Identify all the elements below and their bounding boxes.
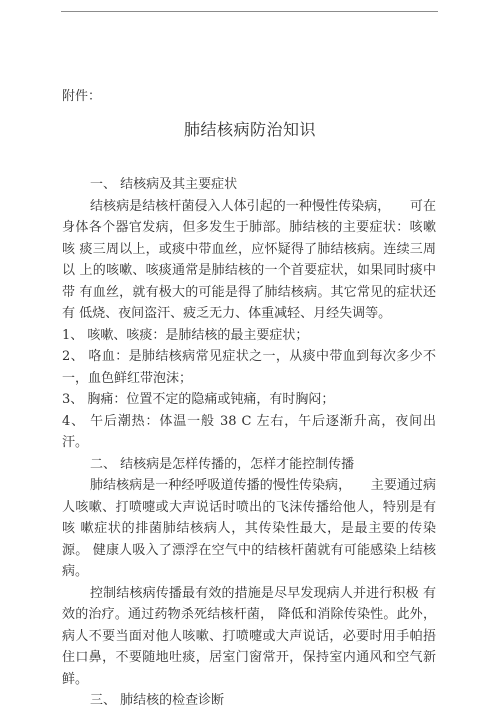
section-2-paragraph-2: 控制结核病传播最有效的措施是尽早发现病人并进行积极 有效的治疗。通过药物杀死结核… [62,583,436,691]
section-1-paragraph-1: 结核病是结核杆菌侵入人体引起的一种慢性传染病， 可在身体各个器官发病，但多发生于… [62,196,436,325]
symptom-item-1: 1、 咳嗽、咳痰：是肺结核的最主要症状； [62,325,436,347]
attachment-label: 附件： [62,89,101,105]
section-2-paragraph-1: 肺结核病是一种经呼吸道传播的慢性传染病， 主要通过病人咳嗽、打喷嚏或大声说话时喷… [62,475,436,583]
document-body: 一、 结核病及其主要症状 结核病是结核杆菌侵入人体引起的一种慢性传染病， 可在身… [62,174,436,708]
section-heading-2: 二、 结核病是怎样传播的，怎样才能控制传播 [62,454,436,476]
section-heading-3: 三、 肺结核的检查诊断 [62,690,436,708]
symptom-item-4: 4、 午后潮热：体温一般 38 C 左右，午后逐渐升高，夜间出汗。 [62,411,436,454]
symptom-item-3: 3、 胸痛：位置不定的隐痛或钝痛，有时胸闷； [62,389,436,411]
symptom-item-2: 2、 咯血：是肺结核病常见症状之一，从痰中带血到每次多少不 一，血色鲜红带泡沫； [62,346,436,389]
document-title: 肺结核病防治知识 [0,120,500,140]
section-heading-1: 一、 结核病及其主要症状 [62,174,436,196]
header-rule [61,11,438,12]
